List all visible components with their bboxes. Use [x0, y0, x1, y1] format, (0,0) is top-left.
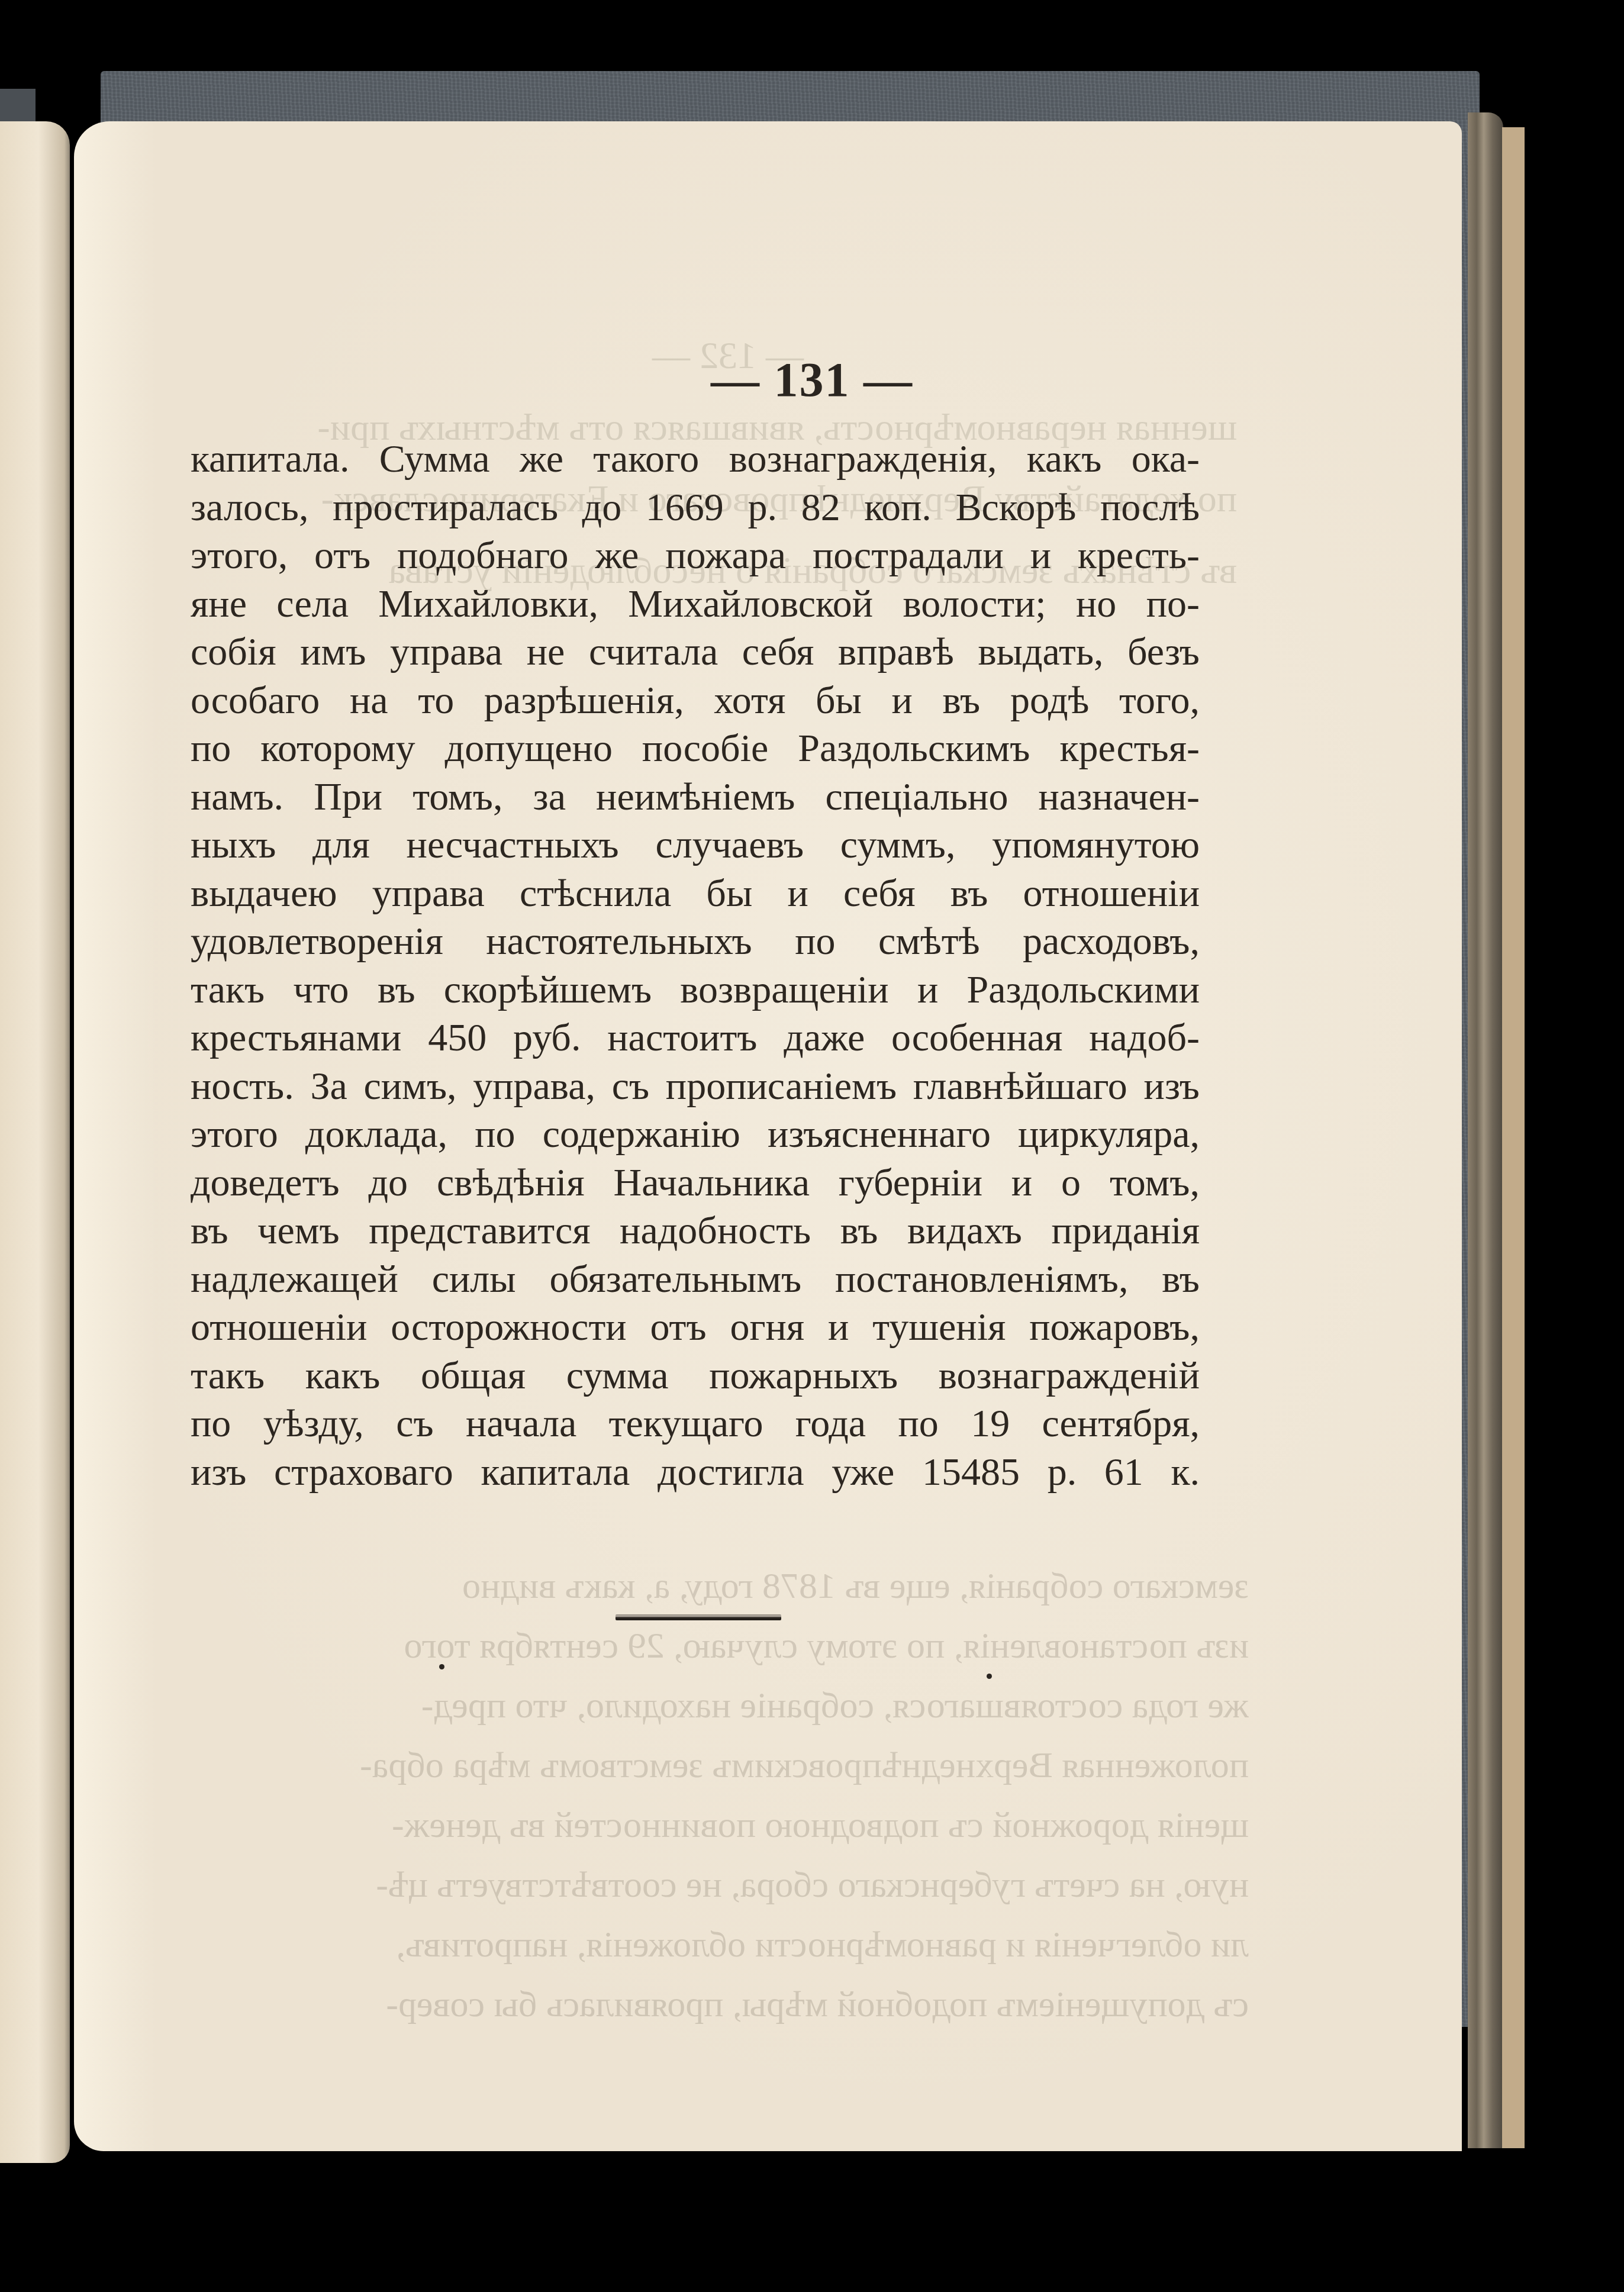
text-line: залось, простиралась до 1669 р. 82 коп. … — [191, 483, 1200, 532]
text-line: собія имъ управа не считала себя вправѣ … — [191, 628, 1200, 676]
body-text: капитала. Сумма же такого вознагражденія… — [191, 435, 1200, 1496]
page-block-edges — [1468, 112, 1503, 2148]
text-line: доведетъ до свѣдѣнія Начальника губерніи… — [191, 1159, 1200, 1207]
ink-speck — [987, 1674, 992, 1679]
text-line: капитала. Сумма же такого вознагражденія… — [191, 435, 1200, 483]
text-line: яне села Михайловки, Михайловской волост… — [191, 580, 1200, 628]
text-line: въ чемъ представится надобность въ видах… — [191, 1207, 1200, 1255]
text-line: выдачею управа стѣснила бы и себя въ отн… — [191, 869, 1200, 918]
text-line: этого доклада, по содержанію изъясненнаг… — [191, 1110, 1200, 1159]
text-line: надлежащей силы обязательнымъ постановле… — [191, 1255, 1200, 1304]
text-line: этого, отъ подобнаго же пожара пострадал… — [191, 531, 1200, 580]
text-line: особаго на то разрѣшенія, хотя бы и въ р… — [191, 676, 1200, 725]
text-line: крестьянами 450 руб. настоитъ даже особе… — [191, 1014, 1200, 1062]
text-line: по уѣзду, съ начала текущаго года по 19 … — [191, 1400, 1200, 1448]
text-line: намъ. При томъ, за неимѣніемъ спеціально… — [191, 773, 1200, 821]
text-line: по которому допущено пособіе Раздольским… — [191, 724, 1200, 773]
section-divider-rule — [616, 1614, 781, 1620]
ink-speck — [439, 1664, 444, 1669]
text-line: такъ что въ скорѣйшемъ возвращеніи и Раз… — [191, 966, 1200, 1014]
page-number: — 131 — — [0, 352, 1624, 408]
endpaper-edge — [1502, 127, 1525, 2148]
text-line: изъ страховаго капитала достигла уже 154… — [191, 1448, 1200, 1497]
left-page-edge — [0, 121, 70, 2163]
text-line: ныхъ для несчастныхъ случаевъ суммъ, упо… — [191, 821, 1200, 869]
text-line: удовлетворенія настоятельныхъ по смѣтѣ р… — [191, 917, 1200, 966]
text-line: такъ какъ общая сумма пожарныхъ вознагра… — [191, 1352, 1200, 1400]
text-line: отношеніи осторожности отъ огня и тушені… — [191, 1303, 1200, 1352]
text-line: ность. За симъ, управа, съ прописаніемъ … — [191, 1062, 1200, 1111]
